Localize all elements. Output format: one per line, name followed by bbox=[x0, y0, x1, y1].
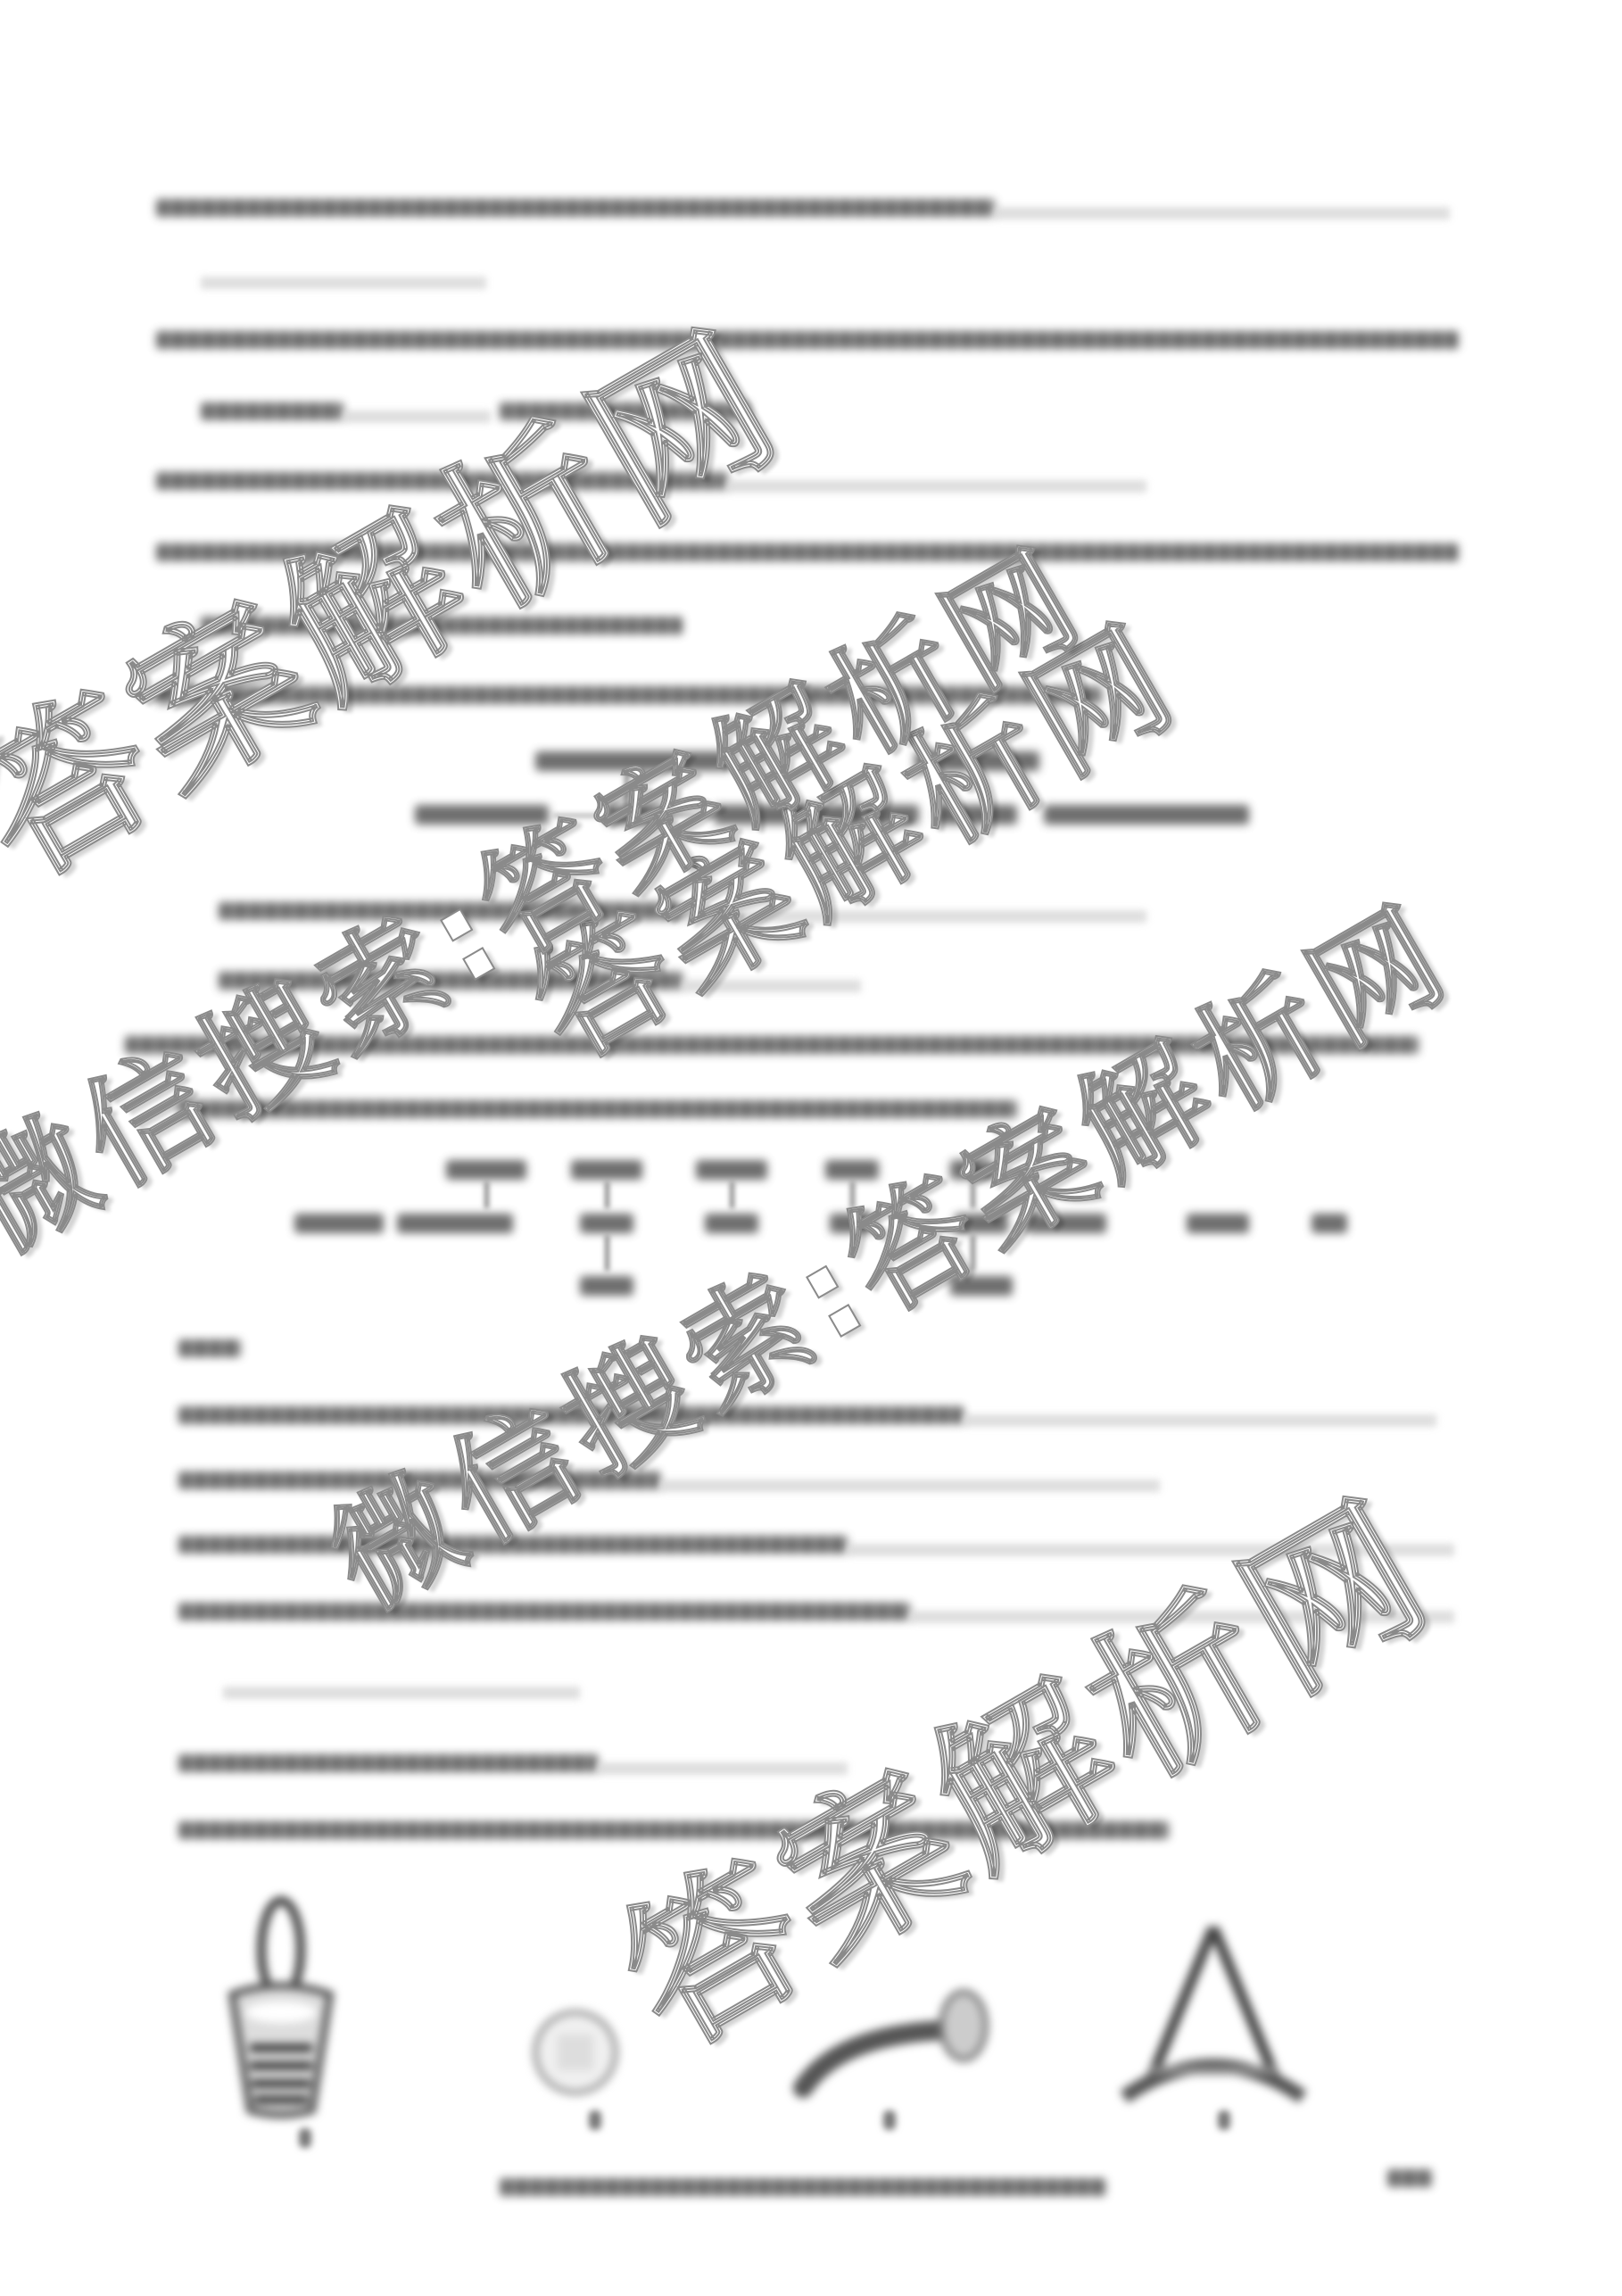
question-line bbox=[178, 1405, 1436, 1425]
question-line bbox=[156, 198, 1450, 218]
exam-page: 答案解析网 答案解析网 微信搜索:答案解析网 微信搜索:答案解析网 答案解析网 bbox=[0, 0, 1622, 2296]
answer-blank[interactable] bbox=[201, 268, 486, 287]
page-number bbox=[1387, 2168, 1432, 2188]
figure-label-c bbox=[883, 2110, 896, 2130]
page-footer bbox=[500, 2177, 1106, 2197]
question-line bbox=[156, 330, 1459, 350]
question-line bbox=[178, 1339, 241, 1358]
figure-label-d bbox=[1218, 2110, 1230, 2130]
figure-label-b bbox=[589, 2110, 601, 2130]
figure-label-a bbox=[299, 2128, 311, 2148]
answer-blank[interactable] bbox=[223, 1678, 580, 1697]
question-line bbox=[178, 1753, 848, 1773]
